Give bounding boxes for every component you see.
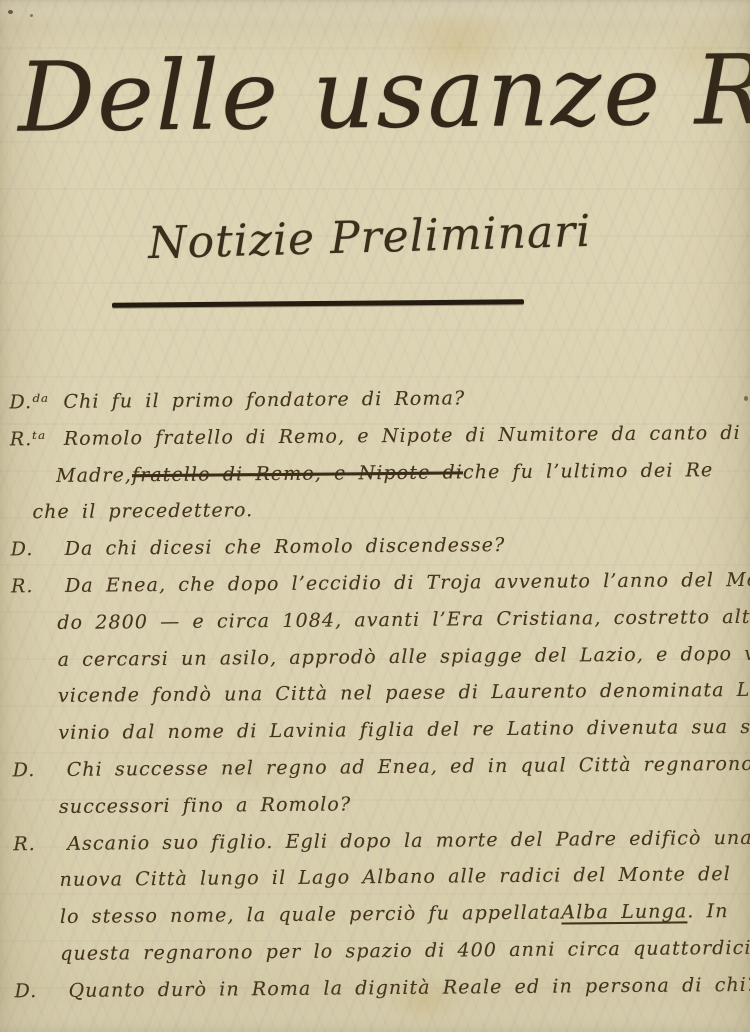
answer-text: do 2800 — e circa 1084, avanti l’Era Cri… [57,598,750,641]
answer-line: R.ᵗᵃ Romolo fratello di Remo, e Nipote d… [10,414,750,457]
question-line: successori fino a Romolo? [13,782,750,825]
question-text: Da chi dicesi che Romolo discendesse? [65,527,506,568]
answer-line: vinio dal nome di Lavinia figlia del re … [12,709,750,752]
answer-line: a cercarsi un asilo, approdò alle spiagg… [12,635,750,678]
answer-line: questa regnarono per lo spazio di 400 an… [14,930,750,973]
answer-line: R. Da Enea, che dopo l’eccidio di Troja … [11,562,750,605]
indent-spacer [10,495,32,532]
answer-line-with-correction: Madre, fratello di Remo, e Nipote di che… [10,451,750,494]
answer-text: a cercarsi un asilo, approdò alle spiagg… [58,635,750,678]
answer-text: che fu l’ultimo dei Re [463,452,714,491]
answer-line: vicende fondò una Città nel paese di Lau… [12,672,750,715]
answer-line: nuova Città lungo il Lago Albano alle ra… [13,856,750,899]
answer-line-with-underline: lo stesso nome, la quale perciò fu appel… [14,893,750,936]
answer-text: nuova Città lungo il Lago Albano alle ra… [59,856,731,899]
answer-text: lo stesso nome, la quale perciò fu appel… [60,895,562,936]
question-text: Chi successe nel regno ad Enea, ed in qu… [66,745,750,788]
answer-prefix: R. [11,568,65,605]
answer-text: che il precedettero. [32,493,253,532]
question-line: D.ᵈᵃ Chi fu il primo fondatore di Roma? [9,378,750,421]
ink-speck [30,14,33,17]
qa-text-block: D.ᵈᵃ Chi fu il primo fondatore di Roma? … [9,378,750,1010]
struck-through-text: fratello di Remo, e Nipote di [132,454,463,494]
answer-text: vinio dal nome di Lavinia figlia del re … [58,709,750,752]
page-title: Delle usanze Romane [17,33,750,152]
question-line: D. Quanto durò in Roma la dignità Reale … [14,966,750,1009]
answer-line: do 2800 — e circa 1084, avanti l’Era Cri… [11,598,750,641]
answer-line: che il precedettero. [10,488,750,531]
answer-text: Romolo fratello di Remo, e Nipote di Num… [64,415,741,458]
question-text: successori fino a Romolo? [59,786,352,825]
answer-text: . In [687,893,729,930]
answer-prefix: R.ᵗᵃ [10,421,64,458]
answer-line: R. Ascanio suo figlio. Egli dopo la mort… [13,819,750,862]
answer-text: Da Enea, che dopo l’eccidio di Troja avv… [65,562,750,605]
manuscript-page: Delle usanze Romane Notizie Preliminari … [0,0,750,1032]
question-text: Chi fu il primo fondatore di Roma? [63,380,465,420]
answer-text: Ascanio suo figlio. Egli dopo la morte d… [67,819,750,862]
question-line: D. Chi successe nel regno ad Enea, ed in… [12,746,750,789]
answer-text: Madre, [56,457,132,494]
underlined-text: Alba Lunga [561,894,687,932]
question-prefix: D. [11,531,65,568]
heading-underline-rule [112,299,524,308]
question-prefix: D.ᵈᵃ [9,384,63,421]
question-prefix: D. [12,752,66,789]
question-prefix: D. [14,973,68,1010]
section-heading: Notizie Preliminari [147,206,592,269]
answer-text: questa regnarono per lo spazio di 400 an… [60,929,750,972]
question-text: Quanto durò in Roma la dignità Reale ed … [68,967,750,1010]
question-line: D. Da chi dicesi che Romolo discendesse? [11,525,750,568]
answer-prefix: R. [13,825,67,862]
ink-speck [8,10,13,14]
answer-text: vicende fondò una Città nel paese di Lau… [58,672,750,715]
